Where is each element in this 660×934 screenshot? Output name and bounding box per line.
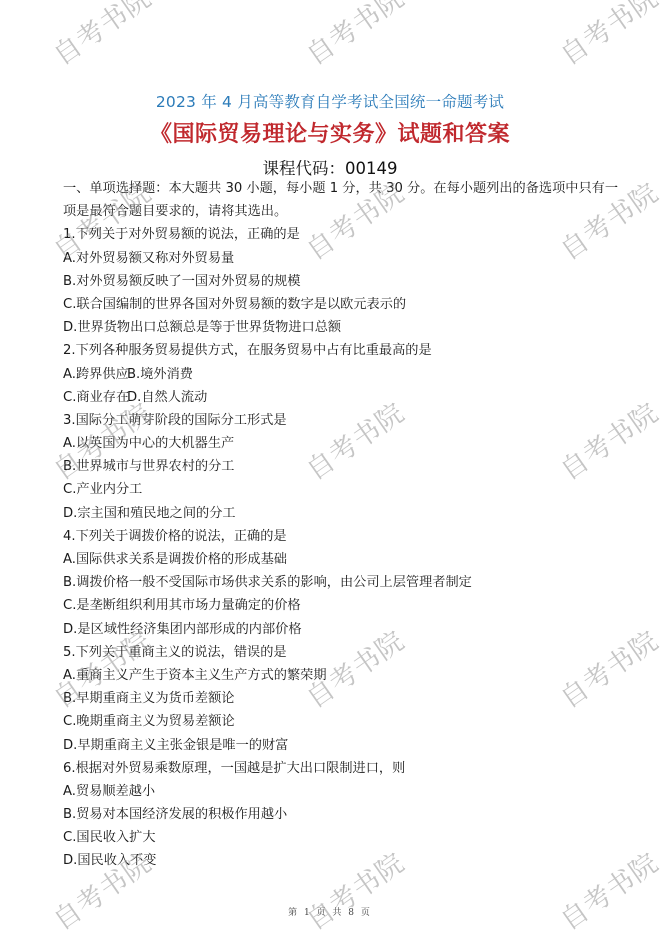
question-option: C.产业内分工 [63,478,623,501]
watermark: 自考书院 [44,0,158,73]
question-option: C.晚期重商主义为贸易差额论 [63,710,623,733]
question-option: C.商业存在 [63,386,127,409]
question-option: B.对外贸易额反映了一国对外贸易的规模 [63,270,623,293]
watermark: 自考书院 [297,0,411,73]
question-option-row: C.商业存在D.自然人流动 [63,386,623,409]
question-option: D.宗主国和殖民地之间的分工 [63,502,623,525]
question-option: A.重商主义产生于资本主义生产方式的繁荣期 [63,664,623,687]
exam-page: 2023 年 4 月高等教育自学考试全国统一命题考试 《国际贸易理论与实务》试题… [0,0,660,934]
document-title: 《国际贸易理论与实务》试题和答案 [0,117,660,148]
question-body: 一、单项选择题：本大题共 30 小题，每小题 1 分，共 30 分。在每小题列出… [63,177,623,873]
question-option: B.调拨价格一般不受国际市场供求关系的影响，由公司上层管理者制定 [63,571,623,594]
question-option: A.国际供求关系是调拨价格的形成基础 [63,548,623,571]
question-stem: 1.下列关于对外贸易额的说法，正确的是 [63,223,623,246]
section-intro-line-2: 项是最符合题目要求的，请将其选出。 [63,200,623,223]
question-stem: 6.根据对外贸易乘数原理，一国越是扩大出口限制进口，则 [63,757,623,780]
question-option: D.世界货物出口总额总是等于世界货物进口总额 [63,316,623,339]
exam-session-line: 2023 年 4 月高等教育自学考试全国统一命题考试 [0,90,660,112]
question-stem: 2.下列各种服务贸易提供方式，在服务贸易中占有比重最高的是 [63,339,623,362]
question-stem: 3.国际分工萌芽阶段的国际分工形式是 [63,409,623,432]
question-option: C.是垄断组织利用其市场力量确定的价格 [63,594,623,617]
question-stem: 5.下列关于重商主义的说法，错误的是 [63,641,623,664]
question-option: C.联合国编制的世界各国对外贸易额的数字是以欧元表示的 [63,293,623,316]
question-option: A.贸易顺差越小 [63,780,623,803]
question-option: A.跨界供应 [63,363,127,386]
question-option: C.国民收入扩大 [63,826,623,849]
question-option: A.对外贸易额又称对外贸易量 [63,247,623,270]
question-option: B.世界城市与世界农村的分工 [63,455,623,478]
question-option: B.早期重商主义为货币差额论 [63,687,623,710]
question-option: D.国民收入不变 [63,849,623,872]
course-code: 课程代码：00149 [0,155,660,179]
question-option: B.贸易对本国经济发展的积极作用越小 [63,803,623,826]
question-option-row: A.跨界供应B.境外消费 [63,363,623,386]
question-option: B.境外消费 [127,367,193,382]
question-option: D.自然人流动 [127,390,207,405]
question-option: A.以英国为中心的大机器生产 [63,432,623,455]
page-indicator: 第 1 页 共 8 页 [0,905,660,918]
watermark: 自考书院 [551,0,660,73]
question-stem: 4.下列关于调拨价格的说法，正确的是 [63,525,623,548]
question-option: D.是区域性经济集团内部形成的内部价格 [63,618,623,641]
question-option: D.早期重商主义主张金银是唯一的财富 [63,734,623,757]
section-intro-line-1: 一、单项选择题：本大题共 30 小题，每小题 1 分，共 30 分。在每小题列出… [63,177,623,200]
